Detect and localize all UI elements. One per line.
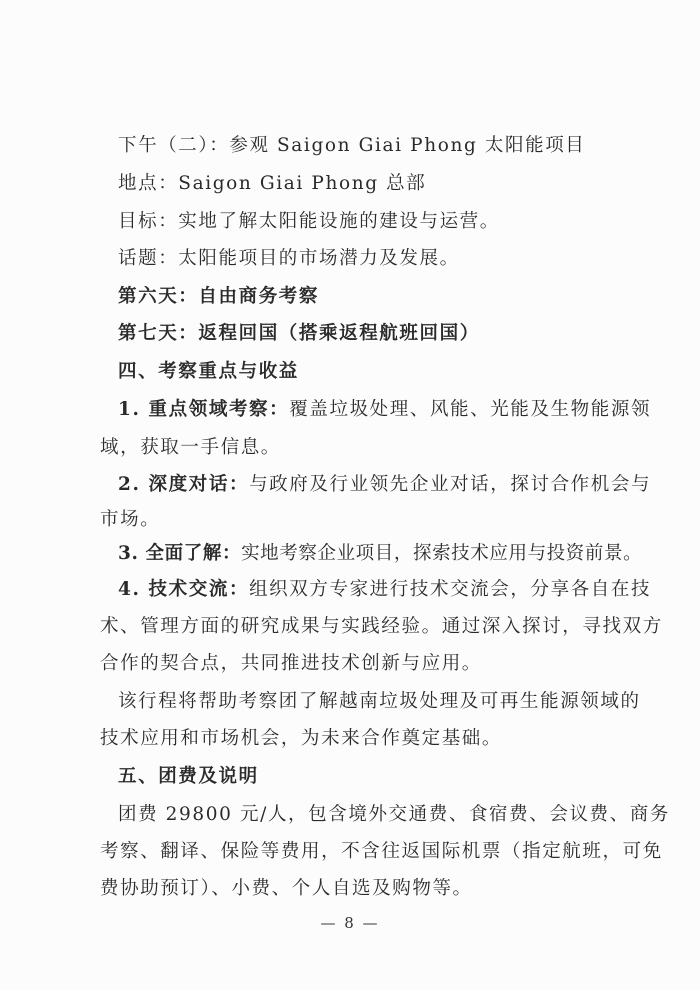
benefit-4: 4. 技术交流：组织双方专家进行技术交流会，分享各自在技 xyxy=(118,578,618,602)
benefit-2: 2. 深度对话：与政府及行业领先企业对话，探讨合作机会与 xyxy=(118,473,618,497)
benefit-3-text: 实地考察企业项目，探索技术应用与投资前景。 xyxy=(241,543,642,564)
goal-line: 目标：实地了解太阳能设施的建设与运营。 xyxy=(118,210,618,234)
fee-line-2: 考察、翻译、保险等费用，不含往返国际机票（指定航班，可免 xyxy=(100,840,600,864)
summary-line-1: 该行程将帮助考察团了解越南垃圾处理及可再生能源领域的 xyxy=(118,690,618,714)
benefit-4-cont-1: 术、管理方面的研究成果与实践经验。通过深入探讨，寻找双方 xyxy=(100,615,600,639)
benefit-1-cont: 域，获取一手信息。 xyxy=(100,436,600,460)
topic-line: 话题：太阳能项目的市场潜力及发展。 xyxy=(118,247,618,271)
benefit-1: 1. 重点领域考察：覆盖垃圾处理、风能、光能及生物能源领 xyxy=(118,398,618,422)
benefit-2-text: 与政府及行业领先企业对话，探讨合作机会与 xyxy=(249,474,651,495)
fee-line-1: 团费 29800 元/人，包含境外交通费、食宿费、会议费、商务 xyxy=(118,803,618,827)
day-seven-heading: 第七天：返程回国（搭乘返程航班回国） xyxy=(118,322,618,346)
benefit-2-label: 2. 深度对话： xyxy=(118,474,249,495)
benefit-4-cont-2: 合作的契合点，共同推进技术创新与应用。 xyxy=(100,652,600,676)
benefit-2-cont: 市场。 xyxy=(100,508,600,532)
benefit-4-text: 组织双方专家进行技术交流会，分享各自在技 xyxy=(249,579,651,600)
benefit-1-label: 1. 重点领域考察： xyxy=(118,399,289,420)
section-four-heading: 四、考察重点与收益 xyxy=(118,360,618,384)
day-six-heading: 第六天：自由商务考察 xyxy=(118,285,618,309)
summary-line-2: 技术应用和市场机会，为未来合作奠定基础。 xyxy=(100,727,600,751)
benefit-3: 3. 全面了解：实地考察企业项目，探索技术应用与投资前景。 xyxy=(118,542,618,566)
document-page: 下午（二）：参观 Saigon Giai Phong 太阳能项目 地点：Saig… xyxy=(0,0,700,990)
schedule-afternoon-2: 下午（二）：参观 Saigon Giai Phong 太阳能项目 xyxy=(118,134,618,158)
benefit-4-label: 4. 技术交流： xyxy=(118,579,249,600)
section-five-heading: 五、团费及说明 xyxy=(118,765,618,789)
location-line: 地点：Saigon Giai Phong 总部 xyxy=(118,172,618,196)
fee-line-3: 费协助预订）、小费、个人自选及购物等。 xyxy=(100,877,600,901)
page-number: — 8 — xyxy=(0,914,700,932)
benefit-1-text: 覆盖垃圾处理、风能、光能及生物能源领 xyxy=(289,399,651,420)
benefit-3-label: 3. 全面了解： xyxy=(118,543,241,564)
